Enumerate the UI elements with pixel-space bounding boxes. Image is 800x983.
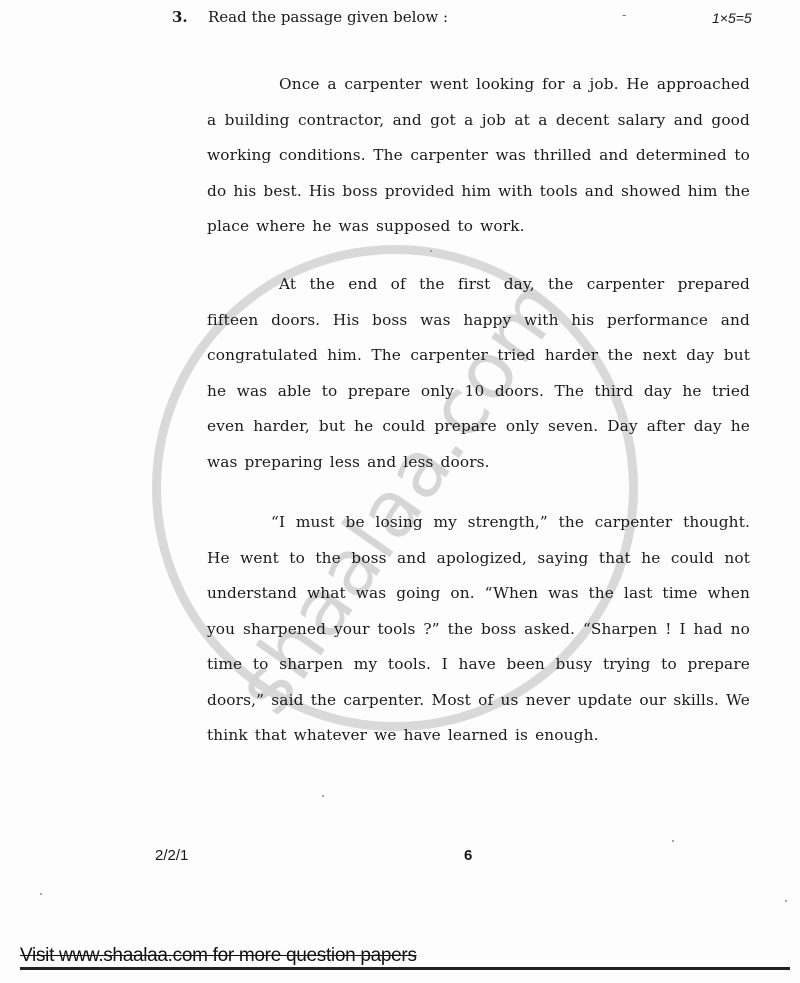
- passage-paragraph-3: “I must be losing my strength,” the carp…: [207, 505, 750, 754]
- passage-paragraph-2: At the end of the first day, the carpent…: [207, 267, 750, 480]
- paper-code: 2/2/1: [155, 847, 188, 864]
- scan-speck: [785, 900, 787, 902]
- question-marks: 1×5=5: [712, 10, 752, 26]
- scan-speck: [430, 250, 432, 252]
- footer-rule: [20, 967, 790, 970]
- exam-page: shaalaa.com 3. Read the passage given be…: [0, 0, 800, 983]
- stray-dash-mark: -: [622, 8, 626, 23]
- visit-link[interactable]: Visit www.shaalaa.com for more question …: [20, 945, 417, 967]
- page-number: 6: [464, 847, 472, 864]
- question-number: 3.: [172, 8, 188, 26]
- scan-speck: [40, 893, 42, 895]
- question-prompt: Read the passage given below :: [208, 8, 448, 26]
- passage-paragraph-1: Once a carpenter went looking for a job.…: [207, 67, 750, 245]
- scan-speck: [322, 795, 324, 797]
- scan-speck: [672, 840, 674, 842]
